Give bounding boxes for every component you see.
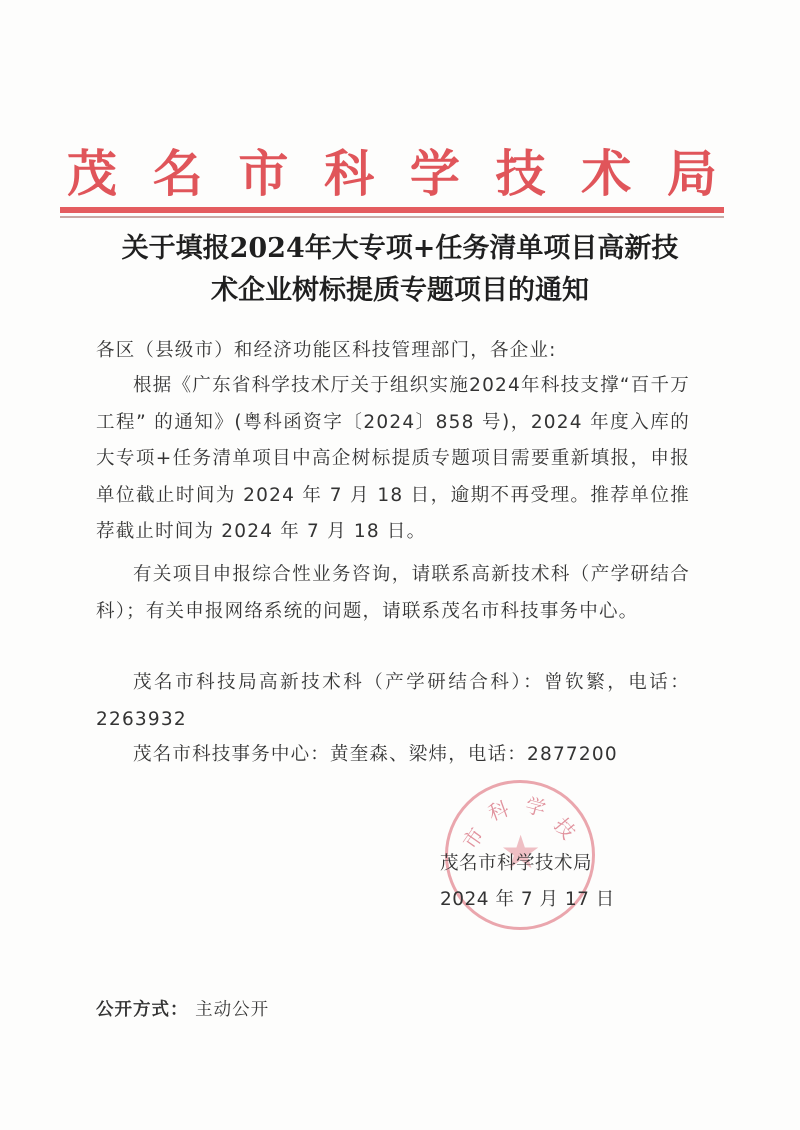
masthead-org-name: 茂 名 市 科 学 技 术 局 [62,138,722,202]
masthead-char: 茂 [62,134,122,206]
paragraph-contact-service-center: 茂名市科技事务中心：黄奎森、梁炜，电话：2877200 [96,737,690,774]
masthead-char: 市 [233,134,293,206]
salutation: 各区（县级市）和经济功能区科技管理部门，各企业: [96,333,690,370]
masthead-char: 技 [491,134,551,206]
signature-org: 茂名市科学技术局 [440,846,615,882]
masthead-char: 科 [319,134,379,206]
seal-char: 学 [523,789,550,822]
signature-date: 2024 年 7 月 17 日 [440,882,615,918]
document-title: 关于填报2024年大专项+任务清单项目高新技 术企业树标提质专题项目的通知 [80,228,720,312]
seal-char: 科 [484,792,513,826]
masthead-char: 学 [405,134,465,206]
masthead-char: 术 [576,134,636,206]
disclosure-label: 公开方式： [96,1000,189,1020]
masthead-char: 局 [662,134,722,206]
disclosure-value: 主动公开 [195,1000,269,1020]
paragraph-background: 根据《广东省科学技术厅关于组织实施2024年科技支撑“百千万工程” 的通知》(粤… [96,368,690,551]
document-page: 茂 名 市 科 学 技 术 局 关于填报2024年大专项+任务清单项目高新技 术… [0,0,800,1130]
title-line-2: 术企业树标提质专题项目的通知 [80,270,720,312]
masthead-char: 名 [148,134,208,206]
paragraph-contact-info: 有关项目申报综合性业务咨询，请联系高新技术科（产学研结合科）；有关申报网络系统的… [96,557,690,630]
masthead-divider-thin [60,216,724,218]
paragraph-contact-hightech: 茂名市科技局高新技术科（产学研结合科）：曾钦繁，电话：2263932 [96,665,690,738]
masthead-divider-thick [60,207,724,213]
disclosure-line: 公开方式： 主动公开 [96,996,269,1021]
title-line-1: 关于填报2024年大专项+任务清单项目高新技 [80,228,720,270]
signature-block: 茂名市科学技术局 2024 年 7 月 17 日 [440,846,615,918]
seal-char: 技 [548,811,583,845]
